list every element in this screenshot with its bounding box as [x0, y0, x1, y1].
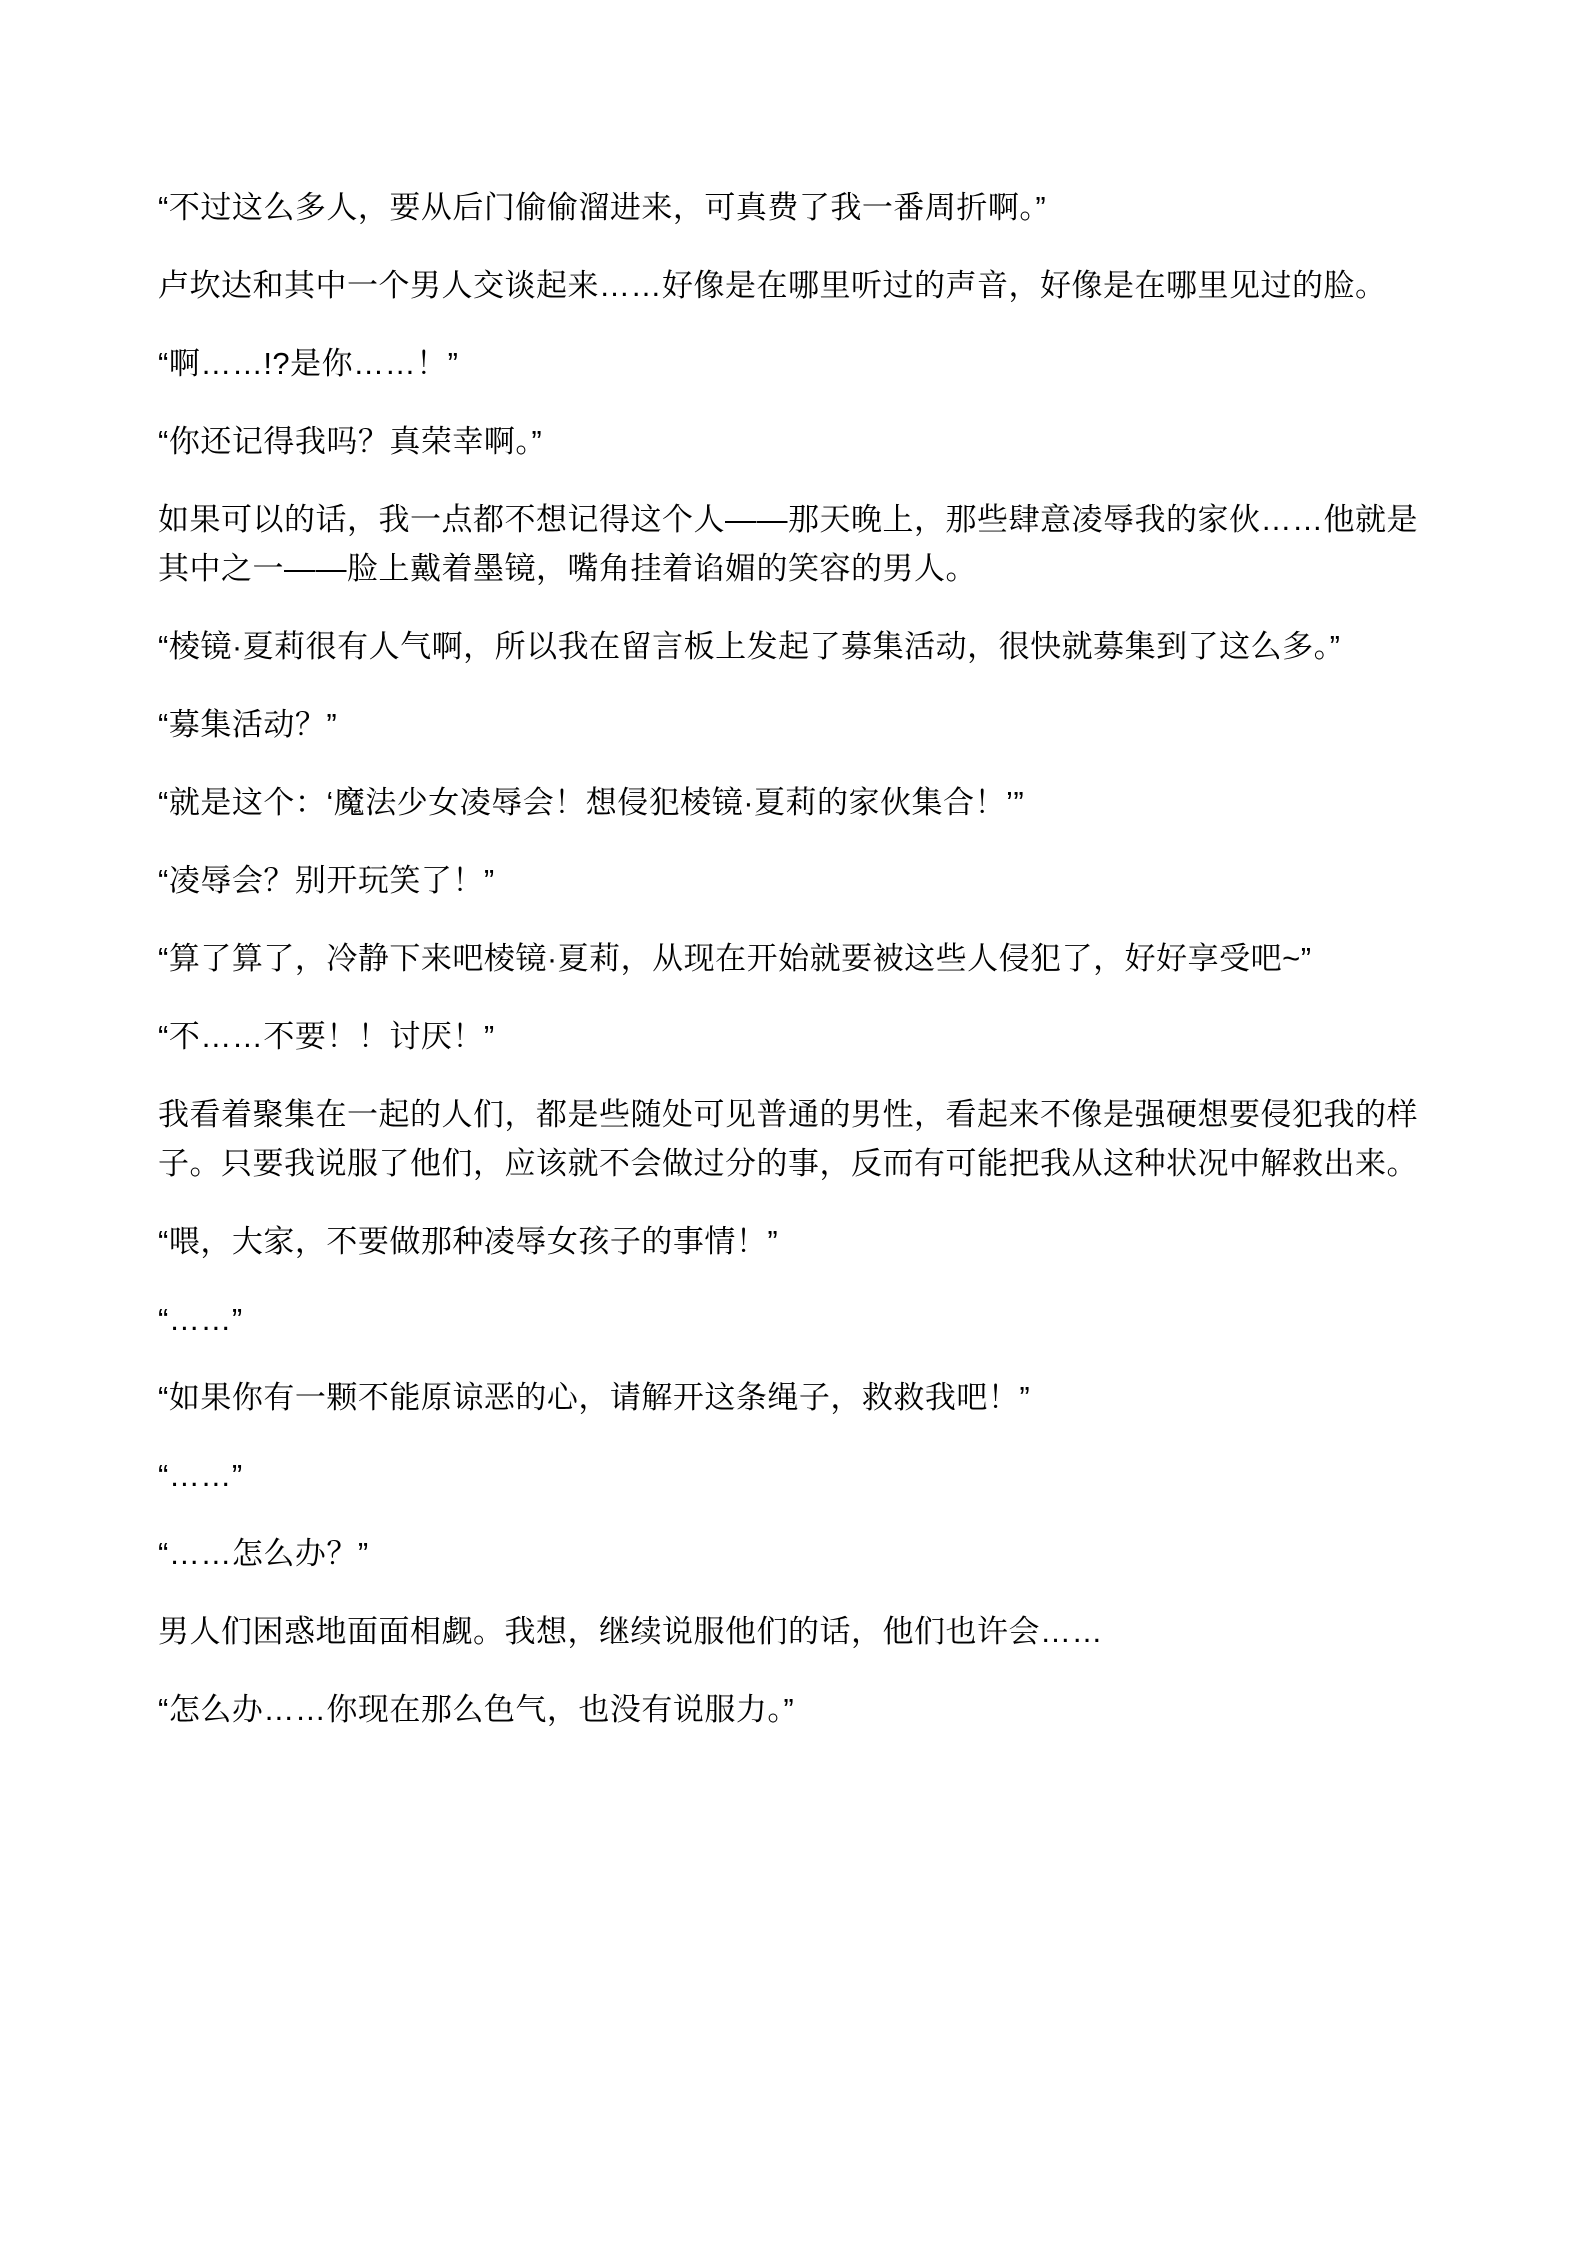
text-paragraph: “募集活动？”	[158, 700, 1435, 749]
text-paragraph: “啊……!?是你……！”	[158, 339, 1435, 388]
text-paragraph: 我看着聚集在一起的人们，都是些随处可见普通的男性，看起来不像是强硬想要侵犯我的样…	[158, 1090, 1435, 1188]
text-paragraph: “……”	[158, 1295, 1435, 1344]
text-paragraph: “就是这个：‘魔法少女凌辱会！想侵犯棱镜·夏莉的家伙集合！’”	[158, 778, 1435, 827]
text-paragraph: “……”	[158, 1451, 1435, 1500]
text-paragraph: “喂，大家，不要做那种凌辱女孩子的事情！”	[158, 1217, 1435, 1266]
text-paragraph: “如果你有一颗不能原谅恶的心，请解开这条绳子，救救我吧！”	[158, 1373, 1435, 1422]
text-paragraph: “不……不要！！讨厌！”	[158, 1012, 1435, 1061]
text-paragraph: “不过这么多人，要从后门偷偷溜进来，可真费了我一番周折啊。”	[158, 183, 1435, 232]
text-paragraph: 男人们困惑地面面相觑。我想，继续说服他们的话，他们也许会……	[158, 1607, 1435, 1656]
text-paragraph: “你还记得我吗？真荣幸啊。”	[158, 417, 1435, 466]
text-paragraph: “……怎么办？”	[158, 1529, 1435, 1578]
document-page: “不过这么多人，要从后门偷偷溜进来，可真费了我一番周折啊。” 卢坎达和其中一个男…	[0, 0, 1587, 2245]
text-paragraph: “怎么办……你现在那么色气，也没有说服力。”	[158, 1685, 1435, 1734]
text-paragraph: “算了算了，冷静下来吧棱镜·夏莉，从现在开始就要被这些人侵犯了，好好享受吧~”	[158, 934, 1435, 983]
text-paragraph: “棱镜·夏莉很有人气啊，所以我在留言板上发起了募集活动，很快就募集到了这么多。”	[158, 622, 1435, 671]
text-paragraph: 如果可以的话，我一点都不想记得这个人——那天晚上，那些肆意凌辱我的家伙……他就是…	[158, 495, 1435, 593]
text-paragraph: “凌辱会？别开玩笑了！”	[158, 856, 1435, 905]
text-paragraph: 卢坎达和其中一个男人交谈起来……好像是在哪里听过的声音，好像是在哪里见过的脸。	[158, 261, 1435, 310]
